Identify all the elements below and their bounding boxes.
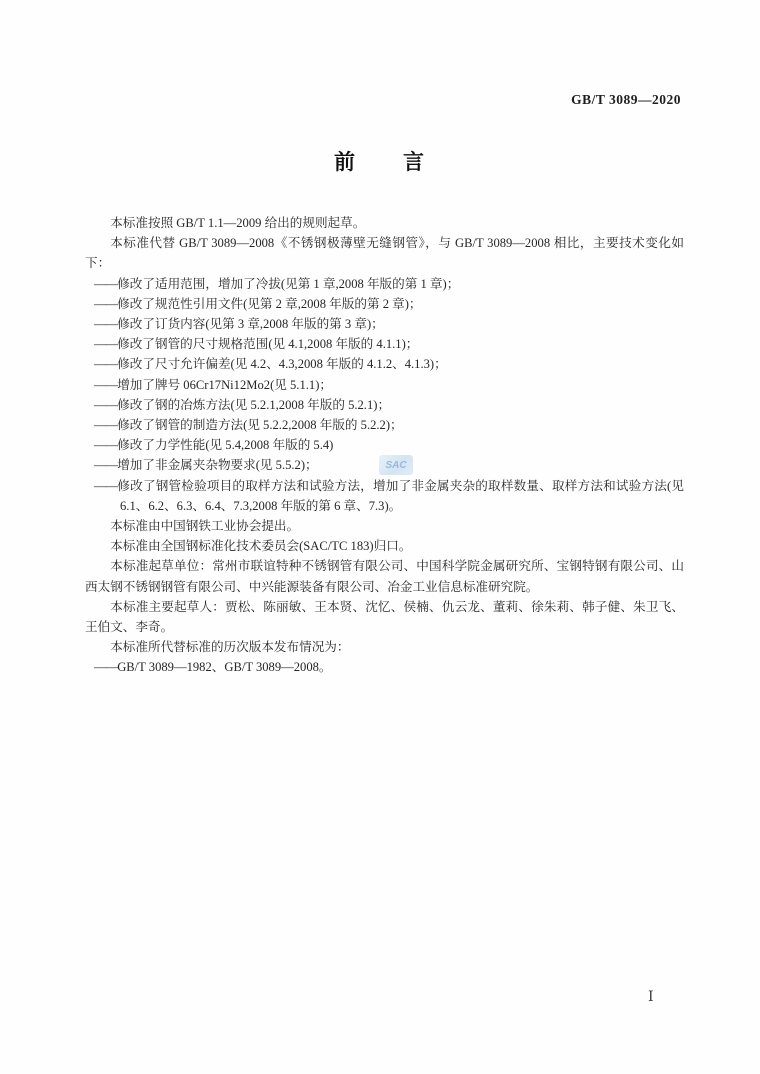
change-item-text: 增加了牌号 06Cr17Ni12Mo2(见 5.1.1)；	[117, 378, 332, 392]
intro-paragraph: 本标准按照 GB/T 1.1—2009 给出的规则起草。	[85, 213, 684, 233]
dash-marker: ——	[94, 398, 117, 412]
change-item-text: 修改了钢的冶炼方法(见 5.2.1,2008 年版的 5.2.1)；	[117, 398, 390, 412]
dash-marker: ——	[94, 277, 117, 291]
change-item: ——修改了规范性引用文件(见第 2 章,2008 年版的第 2 章)；	[85, 294, 684, 314]
change-item-text: 修改了适用范围，增加了冷拔(见第 1 章,2008 年版的第 1 章)；	[117, 277, 459, 291]
page-number: Ⅰ	[648, 989, 654, 1006]
dash-marker: ——	[94, 337, 117, 351]
change-item: ——修改了订货内容(见第 3 章,2008 年版的第 3 章)；	[85, 314, 684, 334]
dash-marker: ——	[94, 660, 117, 674]
sac-watermark-badge: SAC	[379, 455, 413, 475]
change-item-text: 修改了钢管的尺寸规格范围(见 4.1,2008 年版的 4.1.1)；	[117, 337, 418, 351]
dash-marker: ——	[94, 438, 117, 452]
change-item-text: 修改了钢管的制造方法(见 5.2.2,2008 年版的 5.2.2)；	[117, 418, 402, 432]
change-item: ——修改了钢的冶炼方法(见 5.2.1,2008 年版的 5.2.1)；	[85, 395, 684, 415]
change-item: ——增加了牌号 06Cr17Ni12Mo2(见 5.1.1)；	[85, 375, 684, 395]
change-item: ——修改了钢管的制造方法(见 5.2.2,2008 年版的 5.2.2)；	[85, 415, 684, 435]
dash-marker: ——	[94, 418, 117, 432]
change-item-text: 修改了尺寸允许偏差(见 4.2、4.3,2008 年版的 4.1.2、4.1.3…	[117, 357, 447, 371]
change-item-text: 修改了力学性能(见 5.4,2008 年版的 5.4)	[117, 438, 333, 452]
dash-marker: ——	[94, 317, 117, 331]
history-item: ——GB/T 3089—1982、GB/T 3089—2008。	[85, 657, 684, 677]
closing-paragraph: 本标准由全国钢标准化技术委员会(SAC/TC 183)归口。	[85, 536, 684, 556]
closing-paragraph: 本标准由中国钢铁工业协会提出。	[85, 516, 684, 536]
dash-marker: ——	[94, 458, 117, 472]
change-item-text: 修改了规范性引用文件(见第 2 章,2008 年版的第 2 章)；	[117, 297, 421, 311]
dash-marker: ——	[94, 297, 117, 311]
dash-marker: ——	[94, 357, 117, 371]
change-item-text: 修改了钢管检验项目的取样方法和试验方法，增加了非金属夹杂的取样数量、取样方法和试…	[117, 479, 684, 513]
change-item: ——修改了尺寸允许偏差(见 4.2、4.3,2008 年版的 4.1.2、4.1…	[85, 354, 684, 374]
closing-paragraph: 本标准起草单位：常州市联谊特种不锈钢管有限公司、中国科学院金属研究所、宝钢特钢有…	[85, 556, 684, 596]
standard-code: GB/T 3089—2020	[571, 92, 681, 108]
intro-paragraph: 本标准代替 GB/T 3089—2008《不锈钢极薄壁无缝钢管》，与 GB/T …	[85, 233, 684, 273]
change-item-text: 修改了订货内容(见第 3 章,2008 年版的第 3 章)；	[117, 317, 384, 331]
closing-paragraph: 本标准主要起草人：贾松、陈丽敏、王本贤、沈忆、侯楠、仇云龙、董莉、徐朱莉、韩子健…	[85, 597, 684, 637]
dash-marker: ——	[94, 479, 117, 493]
document-page: GB/T 3089—2020 前 言 本标准按照 GB/T 1.1—2009 给…	[0, 0, 760, 1074]
history-item-text: GB/T 3089—1982、GB/T 3089—2008。	[117, 660, 331, 674]
change-item: ——修改了钢管检验项目的取样方法和试验方法，增加了非金属夹杂的取样数量、取样方法…	[85, 476, 684, 516]
change-item: ——修改了力学性能(见 5.4,2008 年版的 5.4)	[85, 435, 684, 455]
dash-marker: ——	[94, 378, 117, 392]
change-item-text: 增加了非金属夹杂物要求(见 5.5.2)；	[117, 458, 317, 472]
page-title: 前 言	[0, 146, 760, 176]
foreword-body: 本标准按照 GB/T 1.1—2009 给出的规则起草。 本标准代替 GB/T …	[85, 213, 684, 678]
change-item: ——修改了适用范围，增加了冷拔(见第 1 章,2008 年版的第 1 章)；	[85, 274, 684, 294]
closing-paragraph: 本标准所代替标准的历次版本发布情况为：	[85, 637, 684, 657]
change-item: ——修改了钢管的尺寸规格范围(见 4.1,2008 年版的 4.1.1)；	[85, 334, 684, 354]
